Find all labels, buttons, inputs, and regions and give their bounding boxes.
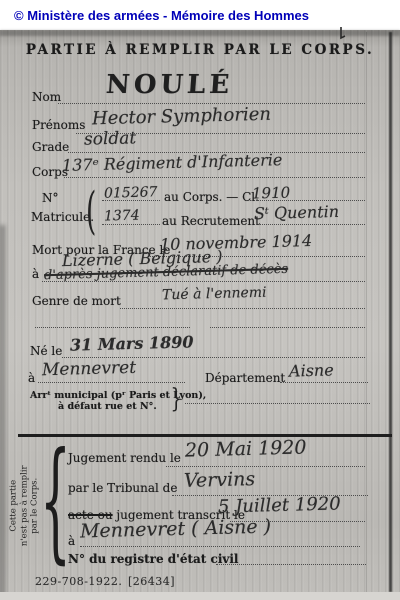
imprint-code: 229-708-1922. [35,575,122,588]
dotted-line [38,382,185,383]
field-label-prenoms: Prénoms [32,118,85,132]
dotted-line [252,224,365,225]
dotted-line [102,224,160,225]
field-label-registre: N° du registre d'état civil [68,552,238,566]
matricule-recrutement-label: au Recrutement [162,214,260,228]
field-label-departement: Département [205,371,285,385]
arrondissement-brace: } [170,384,182,414]
field-label-ne-le: Né le [30,344,62,358]
document-scan-viewer: © Ministère des armées - Mémoire des Hom… [0,0,400,600]
field-value-tribunal: Vervins [184,468,256,492]
field-label-tribunal: par le Tribunal de [68,481,177,495]
dotted-line [80,546,360,547]
matricule-corps-label: au Corps. — Cl. [164,190,259,204]
field-value-transcrit-date: 5 Juillet 1920 [218,493,341,517]
pen-mark-icon [337,26,347,42]
field-label-nom: Nom [32,90,61,104]
field-value-genre-mort: Tué à l'ennemi [162,285,267,304]
matricule-brace: ( [86,182,96,241]
side-note-line3: par le Corps. [29,446,40,566]
matricule-recrutement-place: Sᵗ Quentin [254,202,340,223]
paper-left-edge [0,225,5,600]
dotted-line [166,466,365,467]
dotted-line [185,403,370,404]
scan-bottom-edge [0,592,400,600]
imprint-ref: [26434] [128,575,175,588]
jugement-brace: { [40,436,71,567]
field-value-ne-le: 31 Mars 1890 [70,332,194,354]
field-value-nom: NOULÉ [105,70,234,100]
field-label-genre-mort: Genre de mort [32,294,121,308]
field-label-lieu-mort: à [32,267,39,281]
dotted-line [64,177,365,178]
paper-right-edge [389,32,392,592]
dotted-line [280,382,368,383]
field-value-jugement-rendu: 20 Mai 1920 [185,436,307,461]
matricule-recrutement-number: 1374 [104,208,140,225]
side-note-line2: n'est pas à remplir [19,446,30,566]
section-divider [18,434,392,437]
dotted-line [58,103,365,104]
field-label-jugement-lieu: à [68,534,75,548]
dotted-line [216,564,366,565]
field-label-jugement-rendu: Jugement rendu le [68,451,181,465]
dotted-line [42,281,365,282]
dotted-line [35,327,190,328]
side-note-line1: Cette partie [8,446,19,566]
paper-fold-line [366,32,367,592]
section-title: PARTIE À REMPLIR PAR LE CORPS. [0,42,400,58]
field-label-matricule-2: Matricule. [31,210,94,224]
field-label-matricule-1: N° [42,191,59,205]
watermark-text: © Ministère des armées - Mémoire des Hom… [14,8,309,23]
dotted-line [210,327,365,328]
side-note-rotated: Cette partie n'est pas à remplir par le … [8,446,40,566]
field-value-grade: soldat [84,128,137,149]
field-label-lieu-naissance: à [28,371,35,385]
field-value-lieu-naissance: Mennevret [42,358,137,380]
field-value-departement: Aisne [289,360,334,380]
dotted-line [102,200,160,201]
field-label-grade: Grade [32,140,69,154]
field-label-arrondissement-2: à défaut rue et N°. [58,401,157,412]
dotted-line [120,308,365,309]
dotted-line [246,200,365,201]
